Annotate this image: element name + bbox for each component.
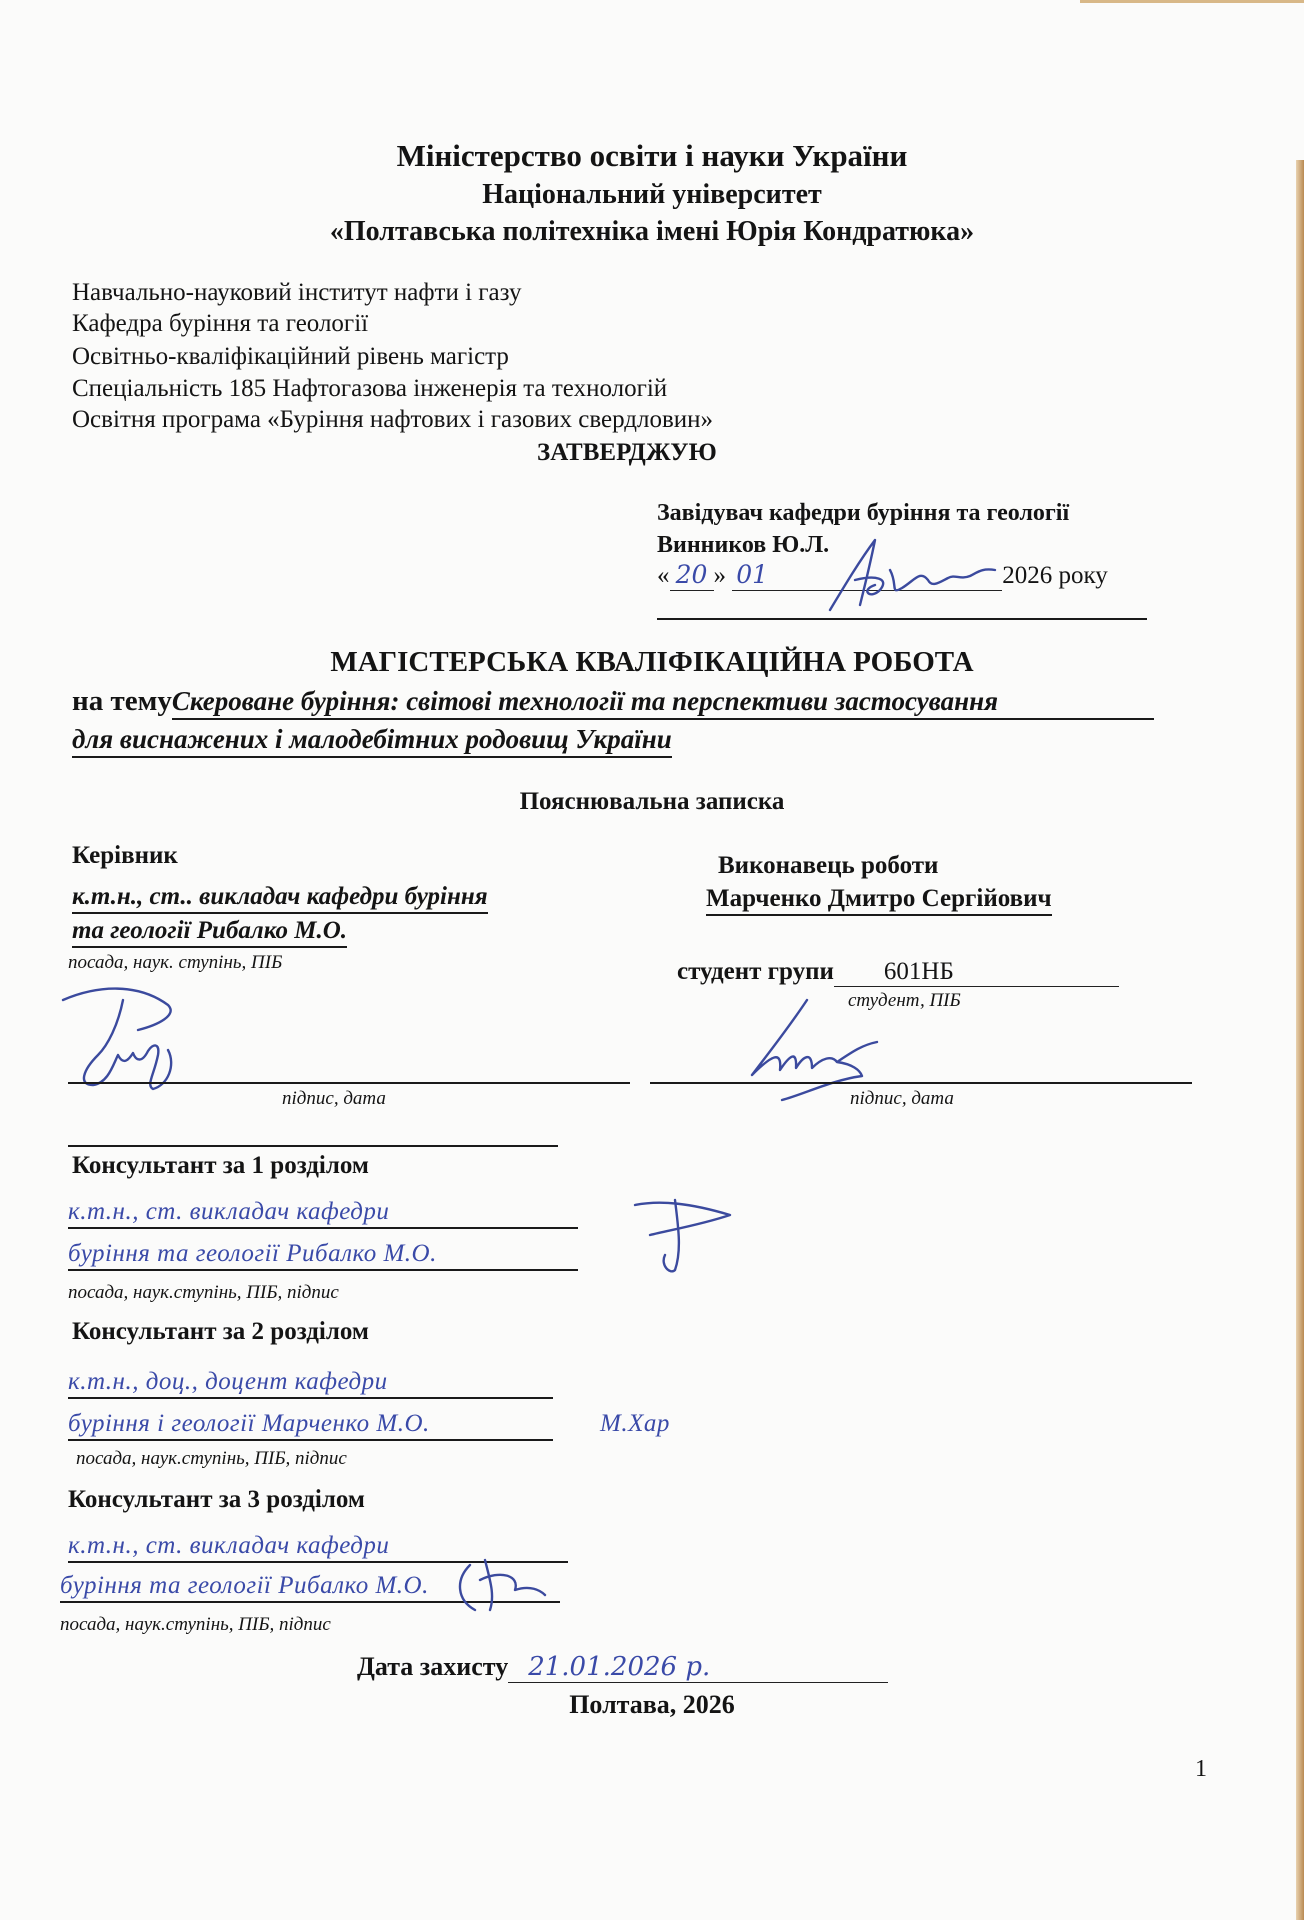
approval-month: 01: [732, 560, 768, 589]
ministry-heading: Міністерство освіти і науки України: [0, 138, 1304, 174]
consultant-3-caption: посада, наук.ступінь, ПІБ, підпис: [60, 1614, 331, 1636]
consultants-divider: [68, 1145, 558, 1147]
work-title: МАГІСТЕРСЬКА КВАЛІФІКАЦІЙНА РОБОТА: [0, 646, 1304, 679]
defense-row: Дата захисту21.01.2026 р.: [357, 1652, 888, 1683]
consultant-2-line-2: буріння і геології Марченко М.О.: [68, 1410, 553, 1441]
program-line: Освітня програма «Буріння нафтових і газ…: [72, 405, 713, 435]
specialty-line: Спеціальність 185 Нафтогазова інженерія …: [72, 374, 667, 404]
supervisor-sign-line: [68, 1082, 630, 1084]
quote-close: »: [714, 562, 727, 589]
consultant-1-caption: посада, наук.ступінь, ПІБ, підпис: [68, 1282, 339, 1304]
approver-name: Винников Ю.Л.: [657, 532, 829, 559]
topic-row-1: на темуСкероване буріння: світові технол…: [72, 685, 1154, 720]
approver-position: Завідувач кафедри буріння та геології: [657, 500, 1069, 527]
signature-rybalko-icon: [58, 985, 258, 1095]
university-full-name: «Полтавська політехніка імені Юрія Кондр…: [0, 216, 1304, 248]
quote-open: «: [657, 562, 670, 589]
university-name: Національний університет: [0, 179, 1304, 211]
supervisor-sign-caption: підпис, дата: [282, 1088, 386, 1110]
group-label: студент групи: [677, 958, 834, 985]
approval-day: 20: [676, 560, 708, 589]
consultant-3-label: Консультант за 3 розділом: [68, 1486, 365, 1514]
consultant-2-signature: М.Хар: [600, 1410, 670, 1438]
executor-sign-line: [650, 1082, 1192, 1084]
consultant-1-line-1: к.т.н., ст. викладач кафедри: [68, 1198, 578, 1229]
executor-group-row: студент групи601НБ: [677, 958, 1119, 987]
consultant-1-label: Консультант за 1 розділом: [72, 1152, 369, 1180]
group-value: 601НБ: [834, 958, 954, 985]
executor-name: Марченко Дмитро Сергійович: [706, 885, 1052, 916]
supervisor-position-1: к.т.н., ст.. викладач кафедри буріння: [72, 883, 488, 914]
approval-heading: ЗАТВЕРДЖУЮ: [537, 439, 717, 467]
institute-line: Навчально-науковий інститут нафти і газу: [72, 278, 522, 308]
defense-date: 21.01.2026 р.: [508, 1652, 710, 1682]
consultant-2-caption: посада, наук.ступінь, ПІБ, підпис: [76, 1448, 347, 1470]
topic-line-2: для виснажених і малодебітних родовищ Ук…: [72, 724, 672, 758]
degree-line: Освітньо-кваліфікаційний рівень магістр: [72, 342, 509, 372]
signature-vynnykov-icon: [820, 530, 1020, 620]
department-line: Кафедра буріння та геології: [72, 309, 368, 339]
paper-edge-top: [1080, 0, 1304, 3]
supervisor-label: Керівник: [72, 842, 178, 870]
consultant-2-label: Консультант за 2 розділом: [72, 1318, 369, 1346]
signature-consultant-1-icon: [630, 1195, 740, 1275]
page-number: 1: [1195, 1756, 1207, 1783]
topic-line-1: Скероване буріння: світові технології та…: [172, 686, 1154, 720]
work-subtitle: Пояснювальна записка: [0, 788, 1304, 816]
signature-consultant-3-icon: [445, 1555, 555, 1615]
executor-label: Виконавець роботи: [718, 852, 938, 880]
consultant-2-line-1: к.т.н., доц., доцент кафедри: [68, 1368, 553, 1399]
city-year: Полтава, 2026: [0, 1690, 1304, 1720]
executor-sign-caption: підпис, дата: [850, 1088, 954, 1110]
supervisor-caption: посада, наук. ступінь, ПІБ: [68, 952, 282, 974]
topic-label: на тему: [72, 685, 172, 717]
approval-divider: [657, 618, 1147, 620]
paper-edge-right: [1296, 160, 1304, 1920]
supervisor-position-2: та геології Рибалко М.О.: [72, 917, 347, 948]
consultant-1-line-2: буріння та геології Рибалко М.О.: [68, 1240, 578, 1271]
defense-label: Дата захисту: [357, 1652, 508, 1681]
